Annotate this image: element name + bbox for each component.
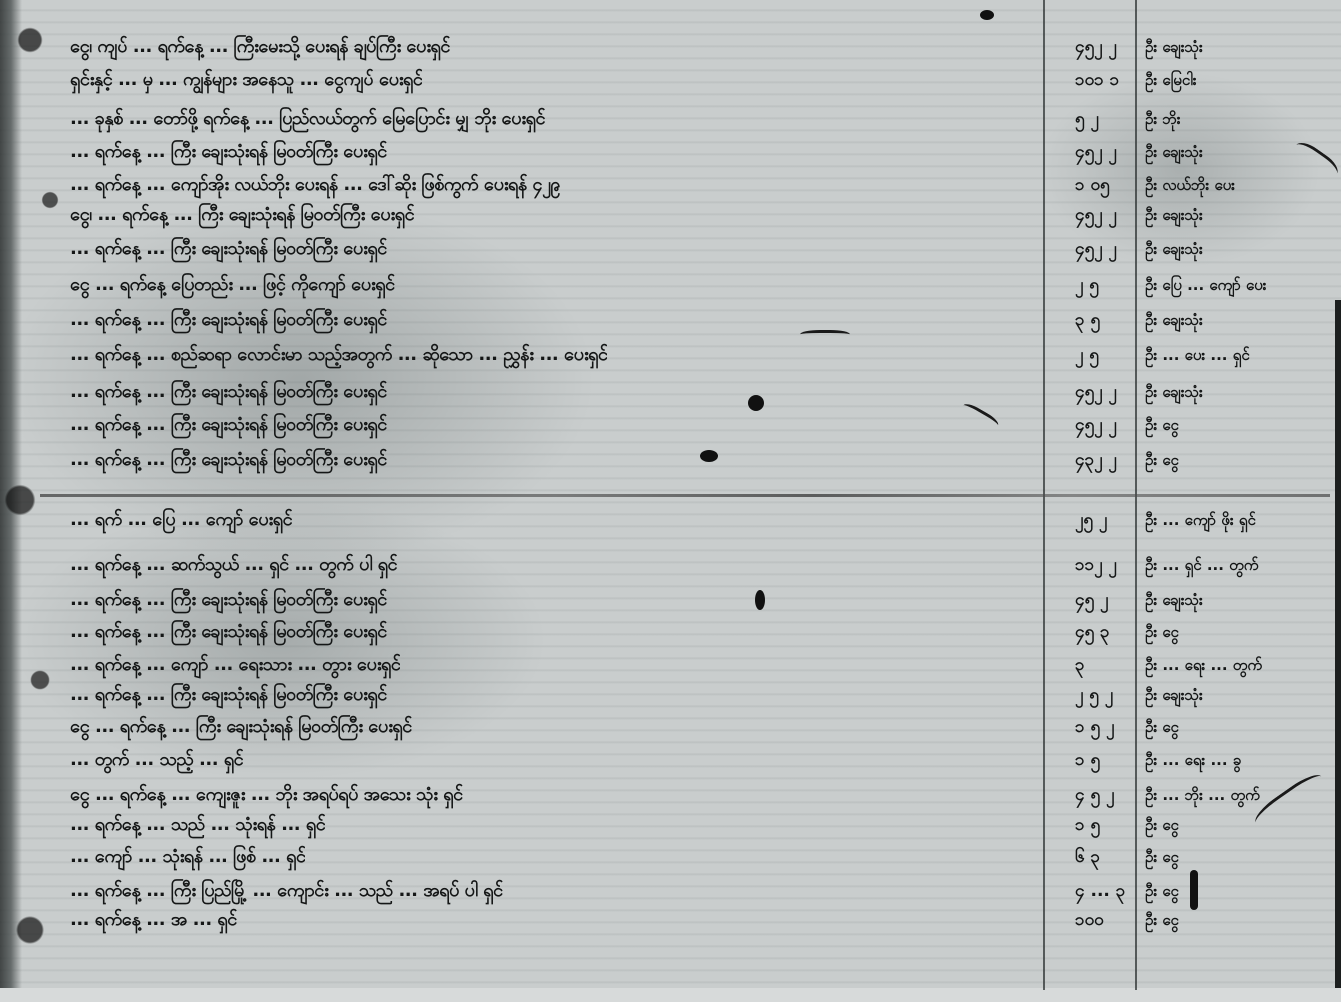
entry-text: ငွေ ... ရက်နေ့ ပြေတည်း ... ဖြင့် ကိုကျော…: [70, 270, 395, 300]
entry-amount: ၂ ၅: [1075, 340, 1135, 370]
entry-text: ... ခုနှစ် ... တော်ဖို့ ရက်နေ့ ... ပြည်လ…: [70, 104, 545, 134]
ink-blot: [1190, 870, 1198, 910]
entry-amount: ၃: [1075, 650, 1135, 680]
entry-text: ... ရက်နေ့ ... ကျော်အိုး လယ်ဘိုး ပေးရန် …: [70, 170, 560, 200]
ledger-row: ... ရက်နေ့ ... ကျော် ... ရေးသား ... တွား…: [0, 650, 1341, 680]
entry-amount: ၄၅ ၂: [1075, 585, 1135, 615]
entry-text: ... ရက်နေ့ ... စည်ဆရာ လောင်းမာ သည့်အတွက်…: [70, 340, 607, 370]
entry-note: ဦး ငွေ: [1145, 905, 1335, 935]
ledger-row: ... ရက်နေ့ ... ဆက်သွယ် ... ရှင် ... တွက်…: [0, 550, 1341, 580]
entry-note: ဦး ငွေ: [1145, 842, 1335, 872]
entry-amount: ၄၅၂ ၂: [1075, 200, 1135, 230]
entry-text: ... ရက်နေ့ ... သည် ... သုံးရန် ... ရှင်: [70, 810, 325, 840]
ledger-row: ရှင်းနှင့် ... မှ ... ကျွန်များ အနေသူ ..…: [0, 65, 1341, 95]
ledger-row: ... ရက်နေ့ ... ကြီး ချေးသုံးရန် မြဝတ်ကြီ…: [0, 410, 1341, 440]
entry-text: ငွေ၊ ... ရက်နေ့ ... ကြီး ချေးသုံးရန် မြဝ…: [70, 200, 414, 230]
entry-text: ... ရက်နေ့ ... ကြီး ချေးသုံးရန် မြဝတ်ကြီ…: [70, 234, 387, 264]
entry-text: ... ရက်နေ့ ... ဆက်သွယ် ... ရှင် ... တွက်…: [70, 550, 397, 580]
entry-note: ဦး ... ရှင် ... တွက်: [1145, 550, 1335, 580]
ledger-row: ... ရက်နေ့ ... စည်ဆရာ လောင်းမာ သည့်အတွက်…: [0, 340, 1341, 370]
entry-note: ဦး ချေးသုံး: [1145, 234, 1335, 264]
entry-note: ဦး လယ်ဘိုး ပေး: [1145, 170, 1335, 200]
entry-note: ဦး မြေငါး: [1145, 65, 1335, 95]
entry-amount: ၂ ၅: [1075, 270, 1135, 300]
ink-blot: [755, 590, 765, 610]
entry-note: ဦး ချေးသုံး: [1145, 680, 1335, 710]
entry-note: ဦး ချေးသုံး: [1145, 585, 1335, 615]
entry-note: ဦး ... ရေး ... ခွ: [1145, 745, 1335, 775]
entry-amount: ၄၅၂ ၂: [1075, 32, 1135, 62]
entry-text: ... တွက် ... သည့် ... ရှင်: [70, 745, 243, 775]
ledger-row: ... တွက် ... သည့် ... ရှင်၁ ၅ဦး ... ရေး …: [0, 745, 1341, 775]
ink-blot: [980, 10, 994, 20]
entry-note: ဦး ငွေ: [1145, 712, 1335, 742]
entry-text: ... ရက်နေ့ ... ကြီး ချေးသုံးရန် မြဝတ်ကြီ…: [70, 680, 387, 710]
entry-note: ဦး ချေးသုံး: [1145, 32, 1335, 62]
ink-blot: [700, 450, 718, 462]
entry-text: ... ရက်နေ့ ... ကြီး ချေးသုံးရန် မြဝတ်ကြီ…: [70, 445, 387, 475]
entry-amount: ၃ ၅: [1075, 305, 1135, 335]
entry-text: ... ရက်နေ့ ... ကြီး ချေးသုံးရန် မြဝတ်ကြီ…: [70, 410, 387, 440]
entry-text: ... ရက် ... ပြေ ... ကျော် ပေးရှင်: [70, 505, 292, 535]
entry-text: ငွေ၊ ကျပ် ... ရက်နေ့ ... ကြီးမေးသို့ ပေး…: [70, 32, 450, 62]
entry-text: ငွေ ... ရက်နေ့ ... ကြီး ချေးသုံးရန် မြဝတ…: [70, 712, 412, 742]
ledger-row: ငွေ၊ ကျပ် ... ရက်နေ့ ... ကြီးမေးသို့ ပေး…: [0, 32, 1341, 62]
entry-amount: ၄၅၂ ၂: [1075, 410, 1135, 440]
entry-amount: ၂၅ ၂: [1075, 505, 1135, 535]
ledger-row: ... ရက်နေ့ ... အ ... ရှင်၁၀၀ဦး ငွေ: [0, 905, 1341, 935]
entry-note: ဦး ... ပေး ... ရှင်: [1145, 340, 1335, 370]
entry-note: ဦး ချေးသုံး: [1145, 200, 1335, 230]
ledger-row: ငွေ၊ ... ရက်နေ့ ... ကြီး ချေးသုံးရန် မြဝ…: [0, 200, 1341, 230]
entry-amount: ၄၃၂ ၂: [1075, 445, 1135, 475]
ledger-row: ... ရက်နေ့ ... ကြီး ချေးသုံးရန် မြဝတ်ကြီ…: [0, 680, 1341, 710]
ledger-row: ... ရက်နေ့ ... ကြီး ချေးသုံးရန် မြဝတ်ကြီ…: [0, 617, 1341, 647]
entry-note: ဦး ... ရေး ... တွက်: [1145, 650, 1335, 680]
entry-note: ဦး ချေးသုံး: [1145, 305, 1335, 335]
ledger-row: ... ရက်နေ့ ... ကြီး ချေးသုံးရန် မြဝတ်ကြီ…: [0, 585, 1341, 615]
entry-note: ဦး ငွေ: [1145, 617, 1335, 647]
entry-amount: ၁၀၁ ၁: [1075, 65, 1135, 95]
entry-amount: ၁ ၅ ၂: [1075, 712, 1135, 742]
entry-amount: ၂ ၅ ၂: [1075, 680, 1135, 710]
ledger-row: ... ကျော် ... သုံးရန် ... ဖြစ် ... ရှင်၆…: [0, 842, 1341, 872]
entry-text: ... ကျော် ... သုံးရန် ... ဖြစ် ... ရှင်: [70, 842, 305, 872]
entry-text: ... ရက်နေ့ ... ကြီး ချေးသုံးရန် မြဝတ်ကြီ…: [70, 137, 387, 167]
entry-text: ... ရက်နေ့ ... ကြီး ချေးသုံးရန် မြဝတ်ကြီ…: [70, 377, 387, 407]
entry-note: ဦး ငွေ: [1145, 445, 1335, 475]
ledger-row: ... ရက်နေ့ ... ကြီး ချေးသုံးရန် မြဝတ်ကြီ…: [0, 234, 1341, 264]
entry-amount: ၄၅၂ ၂: [1075, 137, 1135, 167]
entry-note: ဦး ပြေ ... ကျော် ပေး: [1145, 270, 1335, 300]
entry-amount: ၁၀၀: [1075, 905, 1135, 935]
entry-amount: ၁ ၀၅: [1075, 170, 1135, 200]
ledger-row: ... ရက်နေ့ ... သည် ... သုံးရန် ... ရှင်၁…: [0, 810, 1341, 840]
ledger-row: ... ရက်နေ့ ... ကြီး ပြည်မြို့ ... ကျောင်…: [0, 876, 1341, 906]
entry-note: ဦး ငွေ: [1145, 410, 1335, 440]
ledger-row: ငွေ ... ရက်နေ့ ပြေတည်း ... ဖြင့် ကိုကျော…: [0, 270, 1341, 300]
entry-text: ငွေ ... ရက်နေ့ ... ကျေးဇူး ... ဘိုး အရပ်…: [70, 780, 463, 810]
entry-amount: ၁ ၅: [1075, 745, 1135, 775]
entry-text: ... ရက်နေ့ ... ကျော် ... ရေးသား ... တွား…: [70, 650, 400, 680]
entry-amount: ၄ ၅ ၂: [1075, 780, 1135, 810]
ledger-row: ... ရက် ... ပြေ ... ကျော် ပေးရှင်၂၅ ၂ဦး …: [0, 505, 1341, 535]
entry-text: ... ရက်နေ့ ... ကြီး ချေးသုံးရန် မြဝတ်ကြီ…: [70, 617, 387, 647]
entry-text: ... ရက်နေ့ ... ကြီး ချေးသုံးရန် မြဝတ်ကြီ…: [70, 585, 387, 615]
ledger-row: ... ရက်နေ့ ... ကြီး ချေးသုံးရန် မြဝတ်ကြီ…: [0, 377, 1341, 407]
ledger-row: ... ရက်နေ့ ... ကျော်အိုး လယ်ဘိုး ပေးရန် …: [0, 170, 1341, 200]
ink-blot: [748, 395, 764, 411]
entry-text: ရှင်းနှင့် ... မှ ... ကျွန်များ အနေသူ ..…: [70, 65, 422, 95]
entry-note: ဦး ငွေ: [1145, 876, 1335, 906]
ledger-row: ... ခုနှစ် ... တော်ဖို့ ရက်နေ့ ... ပြည်လ…: [0, 104, 1341, 134]
ledger-row: ... ရက်နေ့ ... ကြီး ချေးသုံးရန် မြဝတ်ကြီ…: [0, 445, 1341, 475]
entry-amount: ၄၅၂ ၂: [1075, 377, 1135, 407]
entry-text: ... ရက်နေ့ ... ကြီး ပြည်မြို့ ... ကျောင်…: [70, 876, 503, 906]
entry-amount: ၅ ၂: [1075, 104, 1135, 134]
entry-note: ဦး ဘိုး: [1145, 104, 1335, 134]
entry-amount: ၄၅ ၃: [1075, 617, 1135, 647]
entry-amount: ၆ ၃: [1075, 842, 1135, 872]
entry-amount: ၄၅၂ ၂: [1075, 234, 1135, 264]
ledger-row: ... ရက်နေ့ ... ကြီး ချေးသုံးရန် မြဝတ်ကြီ…: [0, 305, 1341, 335]
ledger-row: ငွေ ... ရက်နေ့ ... ကျေးဇူး ... ဘိုး အရပ်…: [0, 780, 1341, 810]
ledger-row: ... ရက်နေ့ ... ကြီး ချေးသုံးရန် မြဝတ်ကြီ…: [0, 137, 1341, 167]
entry-amount: ၁ ၅: [1075, 810, 1135, 840]
entry-text: ... ရက်နေ့ ... ကြီး ချေးသုံးရန် မြဝတ်ကြီ…: [70, 305, 387, 335]
paper-crack: [800, 330, 850, 341]
entry-amount: ၄ ... ၃: [1075, 876, 1135, 906]
entry-amount: ၁၁၂ ၂: [1075, 550, 1135, 580]
ledger-row: ငွေ ... ရက်နေ့ ... ကြီး ချေးသုံးရန် မြဝတ…: [0, 712, 1341, 742]
entry-note: ဦး ငွေ: [1145, 810, 1335, 840]
entry-note: ဦး ချေးသုံး: [1145, 377, 1335, 407]
ledger-rows: ငွေ၊ ကျပ် ... ရက်နေ့ ... ကြီးမေးသို့ ပေး…: [0, 0, 1341, 1002]
entry-text: ... ရက်နေ့ ... အ ... ရှင်: [70, 905, 237, 935]
entry-note: ဦး ... ကျော် ဖိုး ရှင်: [1145, 505, 1335, 535]
